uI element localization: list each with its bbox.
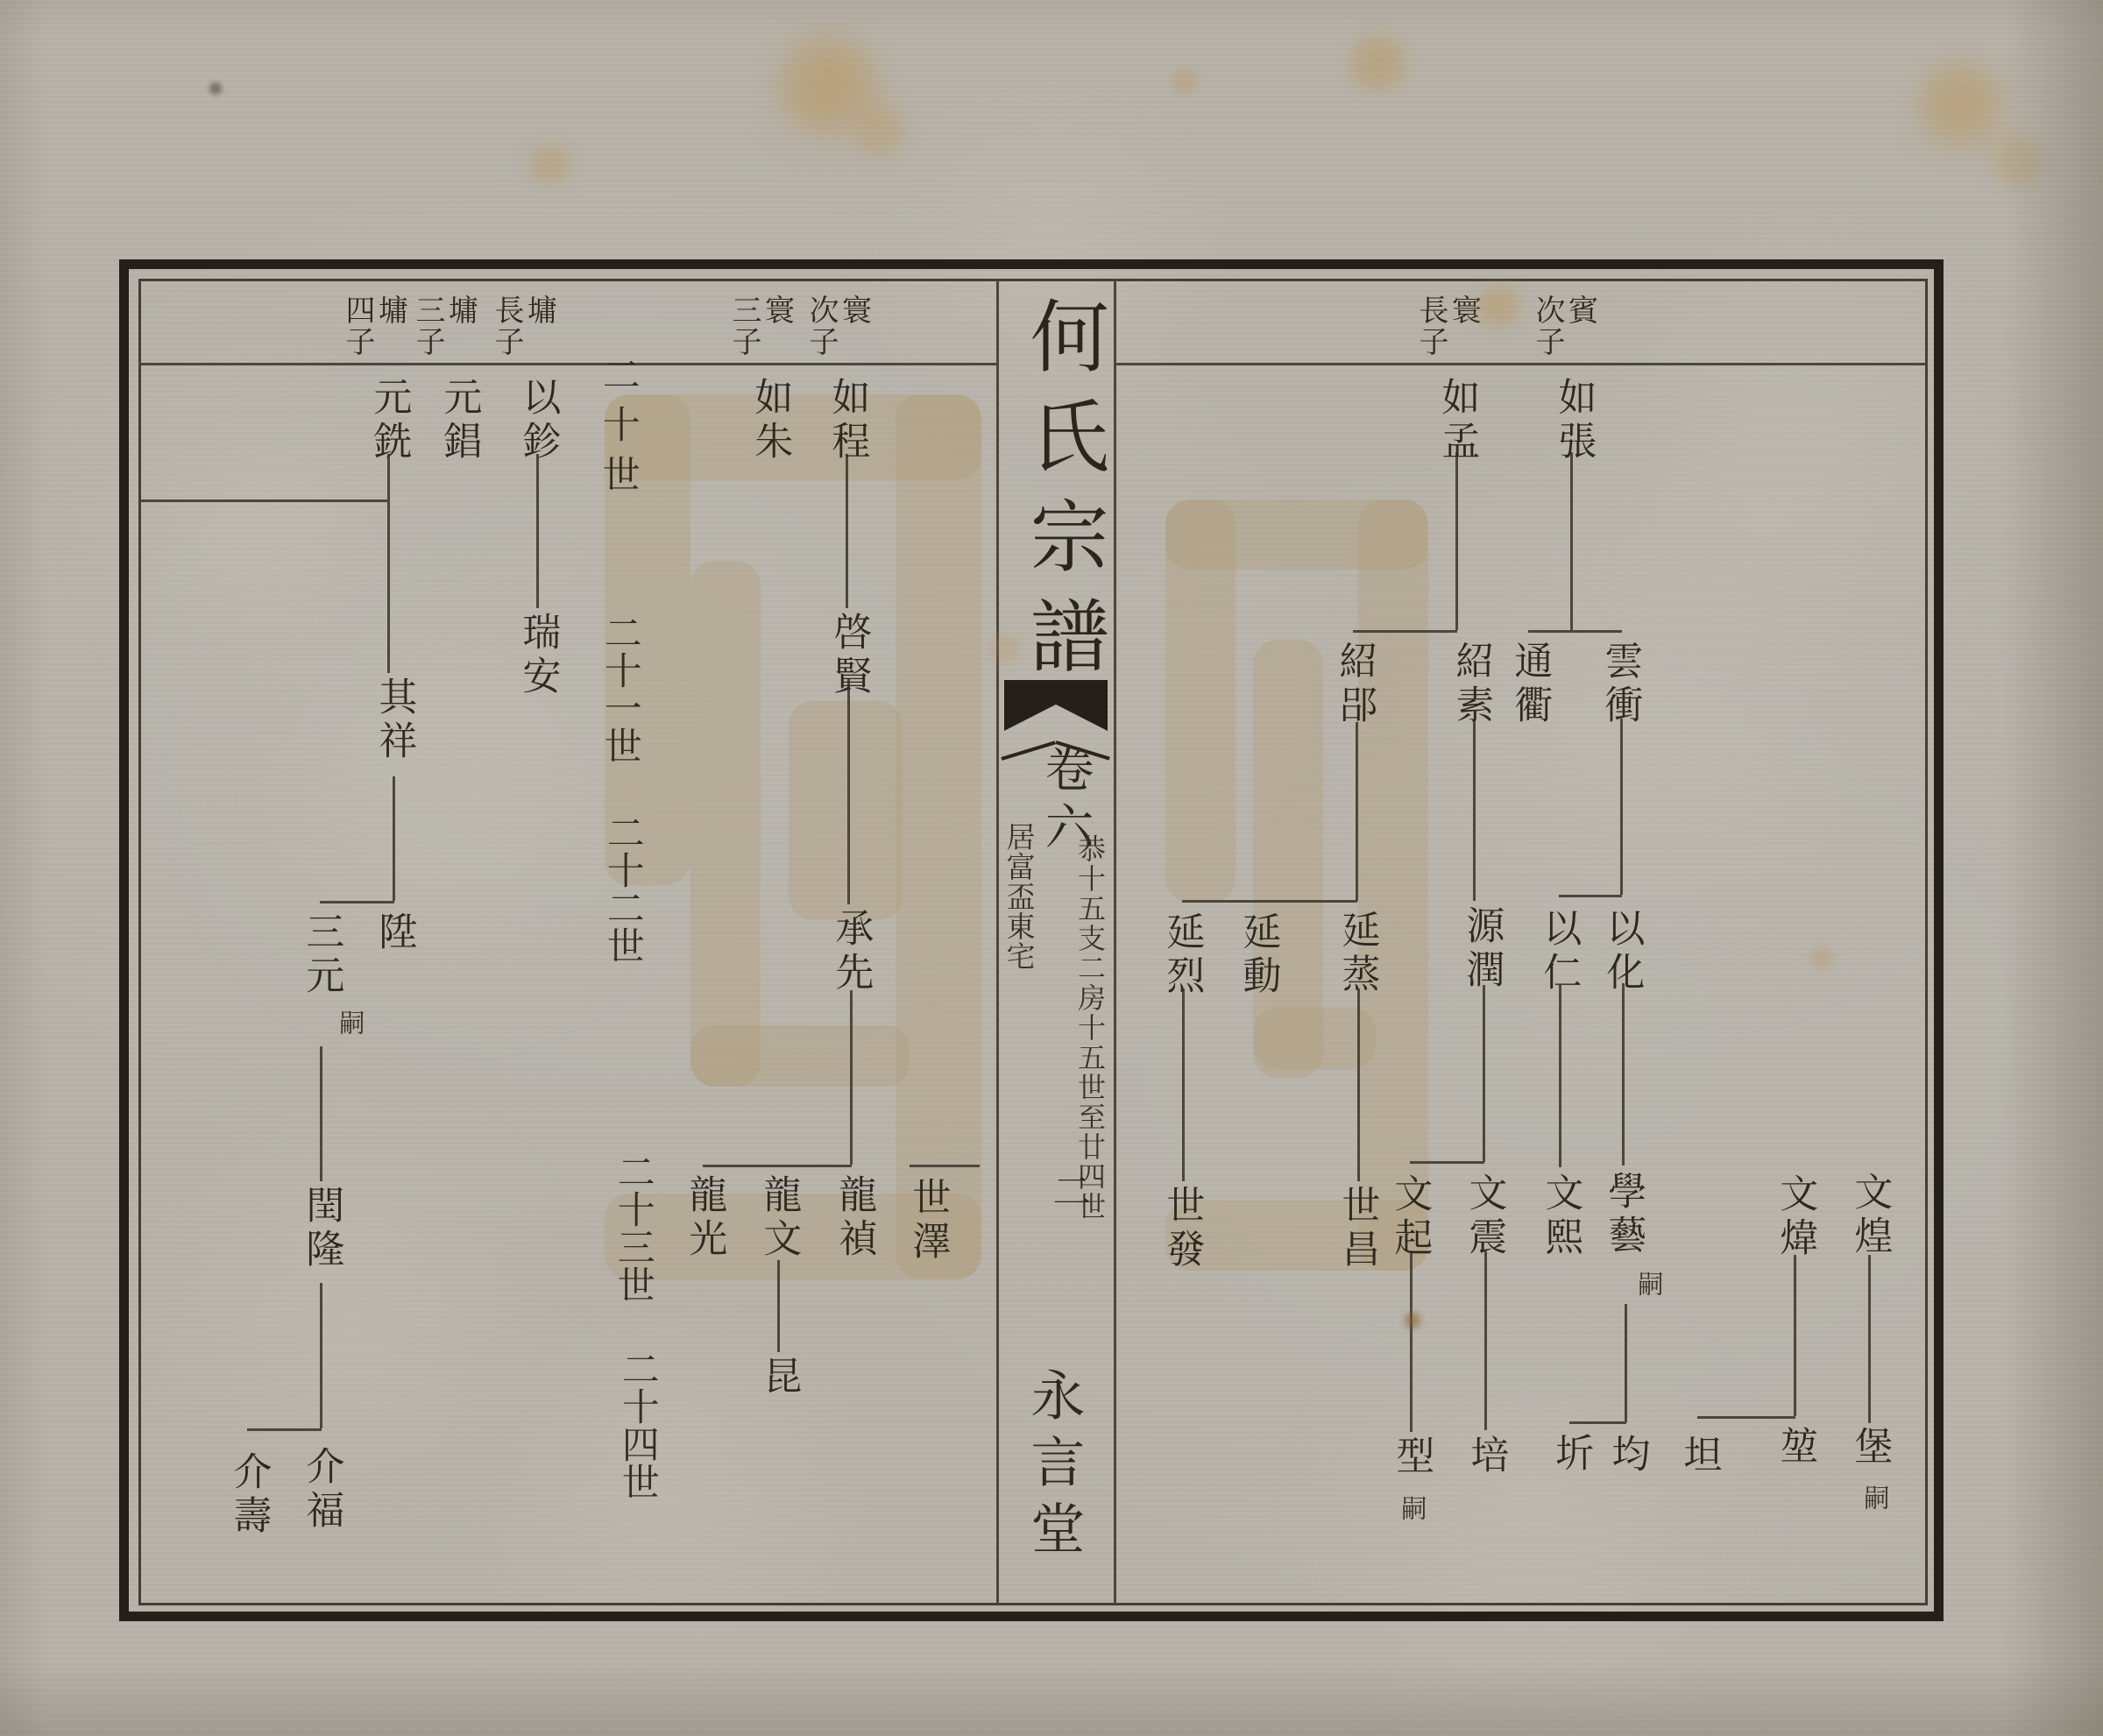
person-name: 如朱 — [749, 377, 790, 464]
genealogy-page: 何氏宗譜 卷六 恭十五支二房十五世至廿四世 居富盃東宅 二 永言堂 墉 四子墉 … — [0, 0, 2103, 1736]
connector-line-horizontal — [247, 1428, 322, 1431]
paper-stain — [1350, 35, 1406, 91]
connector-line-vertical — [1410, 1253, 1413, 1432]
page-number: 二 — [1047, 1171, 1088, 1209]
paper-stain — [1992, 136, 2044, 188]
paper-stain — [528, 144, 570, 186]
person-name: 雲衝 — [1599, 641, 1640, 728]
page-edge-shadow-left — [0, 0, 48, 1736]
person-name: 介壽 — [228, 1451, 269, 1539]
person-name: 如張 — [1553, 377, 1594, 464]
connector-line-horizontal — [703, 1165, 852, 1167]
person-name: 元錩 — [438, 377, 479, 464]
person-name: 瑞安 — [517, 612, 558, 699]
generation-marker: 二十四世 — [617, 1350, 657, 1500]
column-header: 墉 三子 — [411, 294, 477, 358]
connector-line-vertical — [1473, 720, 1476, 901]
person-name: 世澤 — [907, 1177, 948, 1265]
connector-line-horizontal — [1182, 900, 1357, 903]
person-name: 文煒 — [1774, 1173, 1816, 1261]
person-name: 元銑 — [368, 377, 409, 464]
person-name: 龍光 — [683, 1174, 725, 1262]
person-name: 介福 — [301, 1446, 342, 1534]
connector-line-horizontal — [1697, 1416, 1795, 1419]
person-name: 文起 — [1389, 1173, 1430, 1261]
connector-line-vertical — [1794, 1255, 1796, 1416]
person-name: 型 — [1391, 1435, 1432, 1479]
person-name: 世昌 — [1336, 1185, 1377, 1272]
connector-line-vertical — [320, 1046, 322, 1181]
connector-line-vertical — [777, 1260, 780, 1352]
person-name: 以鉁 — [517, 377, 558, 464]
connector-line-vertical — [1484, 1251, 1487, 1430]
connector-line-vertical — [536, 454, 539, 608]
person-name: 三元 — [301, 911, 342, 999]
person-name: 以仁 — [1538, 908, 1579, 996]
connector-line-vertical — [1559, 985, 1561, 1167]
connector-line-vertical — [1868, 1255, 1871, 1423]
connector-line-vertical — [1570, 452, 1573, 630]
person-name: 昆 — [758, 1356, 799, 1399]
paper-stain — [1919, 63, 2003, 147]
connector-line-vertical — [847, 678, 850, 904]
connector-line-horizontal — [320, 901, 394, 903]
heir-annotation: 嗣 — [1862, 1484, 1889, 1510]
connector-line-vertical — [1455, 452, 1458, 630]
column-header: 寰 次子 — [804, 294, 870, 358]
paper-stain — [854, 105, 907, 158]
person-name: 通衢 — [1509, 641, 1550, 728]
person-name: 均 — [1606, 1434, 1647, 1477]
column-header: 寰 三子 — [727, 294, 793, 358]
connector-line-vertical — [1483, 985, 1485, 1162]
person-name: 延蒸 — [1336, 910, 1377, 997]
connector-line-vertical — [850, 990, 853, 1165]
person-name: 文熙 — [1540, 1173, 1581, 1260]
connector-line-vertical — [1114, 279, 1116, 1604]
person-name: 其祥 — [373, 677, 414, 764]
generation-marker: 二十二世 — [602, 813, 642, 964]
heir-annotation: 嗣 — [337, 1010, 365, 1035]
connector-line-horizontal — [910, 1165, 980, 1167]
person-name: 如孟 — [1436, 377, 1477, 464]
paper-stain — [209, 82, 222, 95]
connector-line-vertical — [1356, 722, 1358, 901]
person-name: 龍文 — [758, 1174, 799, 1262]
heir-annotation: 嗣 — [1636, 1271, 1663, 1296]
person-name: 堡 — [1849, 1426, 1890, 1470]
scope-note: 恭十五支二房十五世至廿四世 — [1074, 834, 1104, 1222]
connector-line-vertical — [1182, 988, 1185, 1181]
connector-line-horizontal — [1569, 1421, 1626, 1424]
connector-line-vertical — [846, 454, 848, 608]
heir-annotation: 嗣 — [1399, 1495, 1427, 1520]
person-name: 文煌 — [1849, 1172, 1890, 1259]
person-name: 如程 — [826, 377, 867, 464]
person-name: 坦 — [1678, 1435, 1719, 1478]
person-name: 延動 — [1237, 911, 1278, 999]
person-name: 紹郘 — [1334, 641, 1375, 728]
connector-line-horizontal — [1410, 1161, 1484, 1164]
person-name: 閏隆 — [301, 1185, 342, 1272]
person-name: 世發 — [1161, 1185, 1202, 1272]
person-name: 承先 — [830, 908, 871, 996]
column-header: 賓 次子 — [1531, 294, 1597, 358]
person-name: 堃 — [1774, 1426, 1816, 1470]
connector-line-horizontal — [1528, 630, 1622, 633]
connector-line-horizontal — [1353, 630, 1457, 633]
connector-line-vertical — [1625, 1304, 1627, 1422]
generation-marker: 二十世 — [598, 355, 638, 505]
connector-line-horizontal — [138, 363, 997, 365]
hall-name: 永言堂 — [1024, 1367, 1082, 1567]
person-name: 學藝 — [1603, 1171, 1644, 1258]
connector-line-vertical — [996, 279, 999, 1604]
person-name: 培 — [1465, 1435, 1506, 1478]
person-name: 源潤 — [1461, 905, 1502, 993]
page-edge-shadow-bottom — [0, 1662, 2103, 1736]
person-name: 紹素 — [1450, 641, 1491, 728]
connector-line-horizontal — [1559, 895, 1622, 897]
person-name: 龍禎 — [833, 1174, 874, 1262]
person-name: 陞 — [373, 911, 414, 955]
connector-line-horizontal — [1115, 363, 1926, 365]
person-name: 延烈 — [1161, 911, 1202, 999]
connector-line-vertical — [393, 776, 395, 901]
connector-line-vertical — [387, 454, 390, 673]
column-header: 墉 長子 — [490, 294, 556, 358]
connector-line-vertical — [320, 1283, 322, 1428]
person-name: 圻 — [1550, 1433, 1591, 1477]
connector-line-vertical — [1620, 719, 1623, 895]
book-title: 何氏宗譜 — [1020, 295, 1103, 695]
generation-marker: 二十三世 — [612, 1152, 653, 1303]
connector-line-vertical — [1622, 983, 1625, 1166]
page-edge-shadow-right — [2002, 0, 2103, 1736]
person-name: 文震 — [1463, 1173, 1505, 1260]
connector-line-horizontal — [140, 500, 389, 502]
residence-note: 居富盃東宅 — [1003, 822, 1034, 971]
connector-line-vertical — [1357, 988, 1360, 1181]
column-header: 寰 長子 — [1414, 294, 1480, 358]
paper-stain — [780, 38, 876, 134]
person-name: 啓賢 — [828, 612, 869, 699]
person-name: 以化 — [1601, 908, 1642, 996]
page-edge-shadow-top — [0, 0, 2103, 35]
generation-marker: 二十一世 — [599, 613, 640, 764]
column-header: 墉 四子 — [341, 294, 407, 358]
paper-stain — [1171, 67, 1199, 95]
